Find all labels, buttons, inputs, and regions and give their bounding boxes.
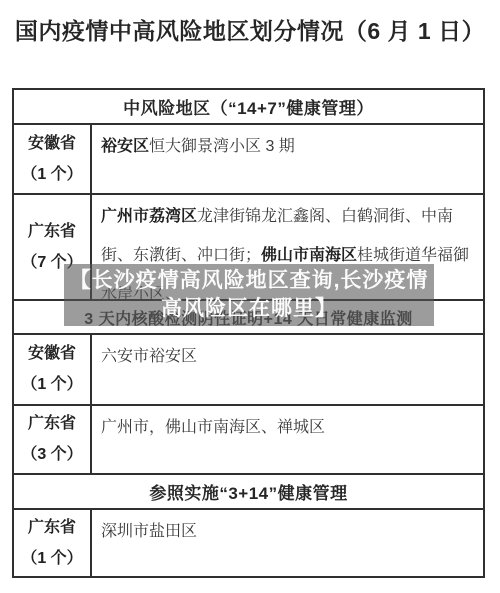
area-cell: 六安市裕安区 <box>92 335 483 404</box>
province-cell: 广东省 （1 个） <box>14 510 92 576</box>
province-cell: 安徽省 （1 个） <box>14 335 92 404</box>
area-text: 恒大御景湾小区 3 期 <box>149 138 295 155</box>
province-name: 广东省 <box>28 415 76 433</box>
watermark-overlay: 【长沙疫情高风险地区查询,长沙疫情 高风险区在哪里】 <box>64 264 434 326</box>
district-name: 裕安区 <box>101 138 149 155</box>
province-count: （3 个） <box>21 446 82 464</box>
province-name: 广东省 <box>28 223 76 241</box>
table-row-anhui-2: 安徽省 （1 个） 六安市裕安区 <box>14 333 483 404</box>
province-name: 安徽省 <box>28 135 76 153</box>
district-name: 佛山市南海区 <box>261 247 357 264</box>
table-row-anhui-1: 安徽省 （1 个） 裕安区恒大御景湾小区 3 期 <box>14 123 483 193</box>
province-count: （1 个） <box>21 376 82 394</box>
table-row-guangdong-1: 广东省 （1 个） 深圳市盐田区 <box>14 508 483 576</box>
area-cell: 广州市，佛山市南海区、禅城区 <box>92 406 483 473</box>
watermark-line-2: 高风险区在哪里】 <box>64 295 434 323</box>
province-name: 广东省 <box>28 519 76 537</box>
section-header-mid-risk: 中风险地区（“14+7”健康管理） <box>14 90 483 123</box>
page: 国内疫情中高风险地区划分情况（6 月 1 日） 中风险地区（“14+7”健康管理… <box>0 0 500 593</box>
province-count: （1 个） <box>21 166 82 184</box>
province-cell: 安徽省 （1 个） <box>14 125 92 193</box>
table-row-guangdong-3: 广东省 （3 个） 广州市，佛山市南海区、禅城区 <box>14 404 483 473</box>
province-name: 安徽省 <box>28 345 76 363</box>
province-cell: 广东省 （3 个） <box>14 406 92 473</box>
section-header-reference-policy: 参照实施“3+14”健康管理 <box>14 473 483 508</box>
page-title: 国内疫情中高风险地区划分情况（6 月 1 日） <box>0 13 500 49</box>
area-cell: 裕安区恒大御景湾小区 3 期 <box>92 125 483 193</box>
province-count: （1 个） <box>21 550 82 568</box>
district-name: 广州市荔湾区 <box>101 208 197 225</box>
risk-area-table: 中风险地区（“14+7”健康管理） 安徽省 （1 个） 裕安区恒大御景湾小区 3… <box>12 88 485 578</box>
area-cell: 深圳市盐田区 <box>92 510 483 576</box>
watermark-line-1: 【长沙疫情高风险地区查询,长沙疫情 <box>64 267 434 295</box>
